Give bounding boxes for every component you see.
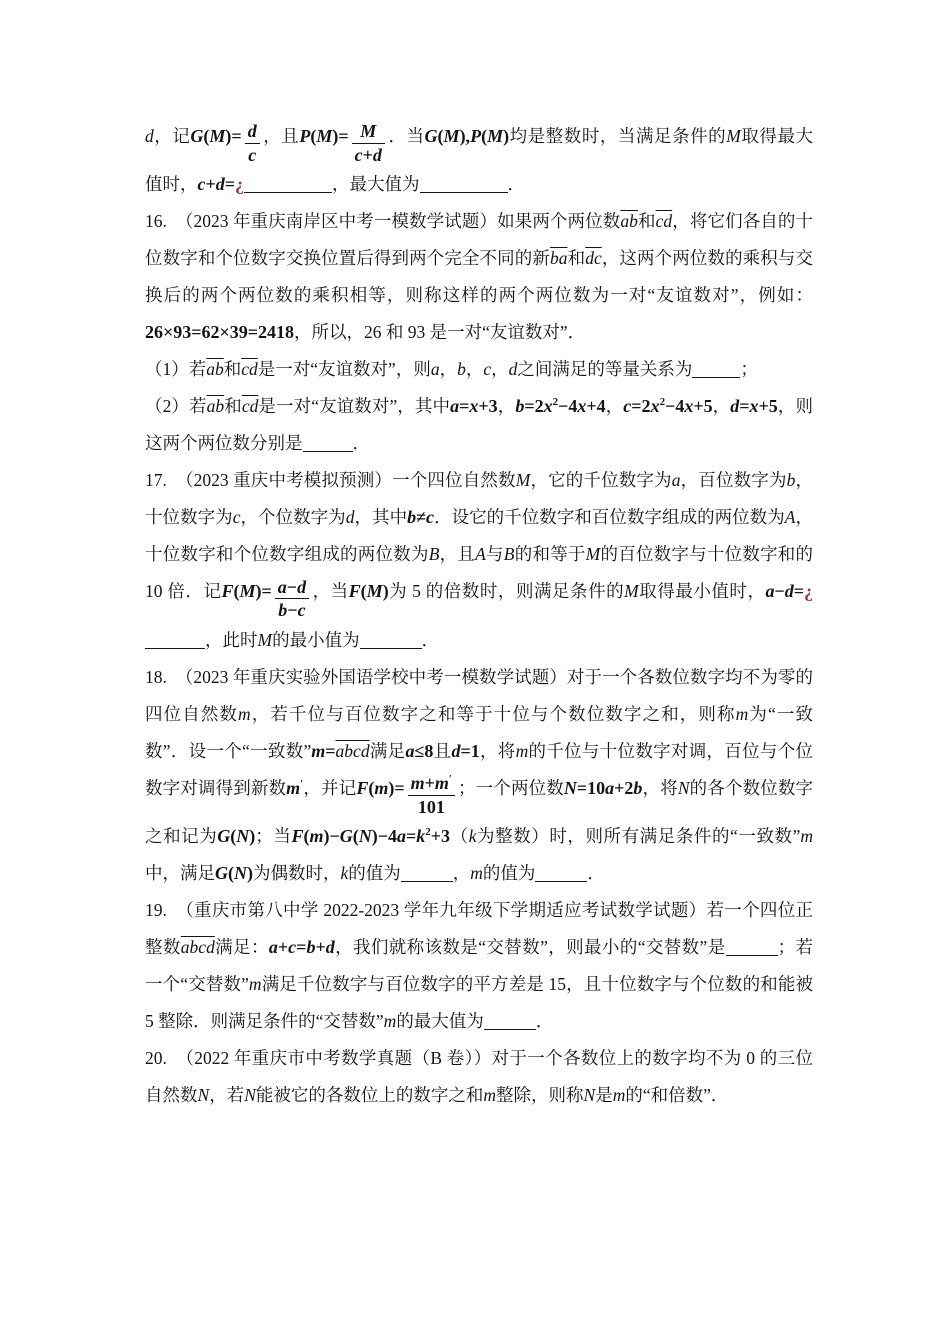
formula-variable: d bbox=[248, 121, 257, 141]
text-run: 的值为 bbox=[348, 863, 401, 883]
math-variable: N bbox=[584, 1085, 596, 1105]
text-run: ， bbox=[466, 359, 484, 379]
formula-run: )= bbox=[388, 778, 404, 798]
text-run: ，且 bbox=[263, 126, 300, 146]
text-run: 为偶数时， bbox=[253, 863, 341, 883]
blank-underline bbox=[535, 866, 587, 882]
formula-variable: c bbox=[198, 174, 206, 194]
formula-variable: m bbox=[374, 778, 388, 798]
formula-variable: d bbox=[216, 174, 225, 194]
text-run: 17. （2023 重庆中考模拟预测）一个四位自然数 bbox=[145, 470, 516, 490]
text-run: 是 bbox=[595, 1085, 613, 1105]
text-run: ， bbox=[440, 359, 458, 379]
text-run: ；一个两位数 bbox=[458, 778, 564, 798]
math-variable: m bbox=[483, 1085, 496, 1105]
text-run: ， bbox=[498, 396, 516, 416]
fraction-denominator: c+d bbox=[352, 144, 385, 167]
formula-variable: N bbox=[359, 826, 372, 846]
blank-underline bbox=[401, 866, 453, 882]
formula-variable: P bbox=[299, 126, 310, 146]
text-run: ，我们就称该数是“交替数”，则最小的“交替数”是 bbox=[335, 937, 726, 957]
paragraph: 17. （2023 重庆中考模拟预测）一个四位自然数M，它的千位数字为a，百位数… bbox=[145, 462, 813, 658]
formula-run: + bbox=[425, 773, 435, 793]
overline-variable: abcd bbox=[336, 741, 370, 761]
formula-variable: x bbox=[651, 396, 660, 416]
formula-variable: a bbox=[269, 937, 278, 957]
formula-variable: G bbox=[190, 126, 203, 146]
overline-variable: ab bbox=[207, 396, 225, 416]
text-run: 且 bbox=[433, 741, 451, 761]
formula-variable: M bbox=[316, 126, 332, 146]
formula-run: )= bbox=[256, 581, 272, 601]
math-variable: m bbox=[384, 1011, 397, 1031]
paragraph: （2）若ab和cd是一对“友谊数对”，其中a=x+3，b=2x2−4x+4，c=… bbox=[145, 388, 813, 462]
formula-variable: a bbox=[605, 778, 614, 798]
math-variable: a bbox=[431, 359, 440, 379]
formula-run: =10 bbox=[577, 778, 605, 798]
text-run: ．设它的千位数字和百位数字组成的两位数为 bbox=[434, 507, 785, 527]
formula-run: −4 bbox=[558, 396, 577, 416]
math-variable: m bbox=[238, 704, 251, 724]
formula-run: = bbox=[459, 396, 469, 416]
formula-variable: N bbox=[236, 826, 249, 846]
math-variable: N bbox=[198, 1085, 210, 1105]
formula-run: − bbox=[287, 577, 297, 597]
text-run: ． bbox=[536, 1011, 554, 1031]
blank-underline bbox=[420, 178, 508, 194]
blank-underline bbox=[726, 940, 778, 956]
math-variable: c bbox=[483, 359, 491, 379]
formula-variable: G bbox=[425, 126, 438, 146]
math-variable: B bbox=[429, 544, 440, 564]
formula-run: − bbox=[287, 600, 297, 620]
text-run: ． bbox=[422, 630, 440, 650]
text-run: 是一对“友谊数对”，则 bbox=[258, 359, 431, 379]
text-run: 为 5 的倍数时，则满足条件的 bbox=[389, 581, 624, 601]
formula-variable: x bbox=[544, 396, 553, 416]
formula-run: =2 bbox=[524, 396, 543, 416]
math-variable: M bbox=[624, 581, 639, 601]
formula-run: +3 bbox=[478, 396, 497, 416]
formula-variable: d bbox=[730, 396, 739, 416]
math-variable: M bbox=[258, 630, 273, 650]
math-variable: A bbox=[785, 507, 796, 527]
document-body: d，记G(M)=dc，且P(M)=Mc+d．当G(M),P(M)均是整数时，当满… bbox=[145, 118, 813, 1114]
formula-run: =1 bbox=[460, 741, 479, 761]
formula-run: = bbox=[325, 741, 335, 761]
fraction-numerator: M bbox=[352, 120, 385, 144]
blank-underline bbox=[303, 437, 353, 453]
formula-variable: N bbox=[564, 778, 577, 798]
fraction: m+m′101 bbox=[408, 772, 455, 818]
paragraph: 19. （重庆市第八中学 2022-2023 学年九年级下学期适应考试数学试题）… bbox=[145, 892, 813, 1040]
text-run: （1）若 bbox=[145, 359, 206, 379]
text-run: 与 bbox=[486, 544, 504, 564]
math-variable: m bbox=[470, 863, 483, 883]
fraction: a−db−c bbox=[275, 576, 309, 622]
formula-variable: P bbox=[470, 126, 481, 146]
formula-run: +3 bbox=[431, 826, 450, 846]
fraction-numerator: d bbox=[245, 120, 260, 144]
formula-variable: F bbox=[356, 778, 368, 798]
formula-run: = bbox=[296, 937, 306, 957]
formula-run: = bbox=[739, 396, 749, 416]
fraction: Mc+d bbox=[352, 120, 385, 166]
paragraph: d，记G(M)=dc，且P(M)=Mc+d．当G(M),P(M)均是整数时，当满… bbox=[145, 118, 813, 203]
formula-run: = bbox=[406, 826, 416, 846]
formula-variable: c bbox=[248, 145, 256, 165]
text-run: 能被它的各数位上的数字之和 bbox=[256, 1085, 484, 1105]
text-run: 整除，则称 bbox=[496, 1085, 584, 1105]
formula-run: =2 bbox=[631, 396, 650, 416]
text-run: 取得最小值时， bbox=[639, 581, 766, 601]
text-run: ，其中 bbox=[354, 507, 407, 527]
text-run: ，当 bbox=[312, 581, 349, 601]
formula-variable: m bbox=[435, 773, 449, 793]
text-run: 中，满足 bbox=[145, 863, 215, 883]
math-variable: m bbox=[800, 826, 813, 846]
fraction: dc bbox=[245, 120, 260, 166]
text-run: 的最大值为 bbox=[396, 1011, 484, 1031]
superscript: ′ bbox=[449, 773, 452, 785]
formula-variable: M bbox=[360, 121, 376, 141]
text-run: 的和等于 bbox=[515, 544, 586, 564]
formula-run: ≠ bbox=[416, 507, 426, 527]
math-variable: m bbox=[516, 741, 529, 761]
formula-variable: M bbox=[367, 581, 383, 601]
formula-variable: M bbox=[444, 126, 460, 146]
blank-underline bbox=[360, 633, 422, 649]
math-variable: A bbox=[475, 544, 486, 564]
overline-variable: abcd bbox=[181, 937, 215, 957]
text-run: ，将 bbox=[642, 778, 677, 798]
formula-run: − bbox=[774, 581, 784, 601]
text-run: ，最大值为 bbox=[332, 174, 420, 194]
text-run: 的值为 bbox=[483, 863, 536, 883]
document-page: d，记G(M)=dc，且P(M)=Mc+d．当G(M),P(M)均是整数时，当满… bbox=[0, 0, 950, 1344]
math-variable: m bbox=[249, 974, 262, 994]
text-run: ，若 bbox=[209, 1085, 244, 1105]
formula-run: ), bbox=[460, 126, 471, 146]
math-variable: M bbox=[516, 470, 531, 490]
text-run: ．当 bbox=[388, 126, 425, 146]
formula-variable: c bbox=[426, 507, 434, 527]
formula-variable: x bbox=[750, 396, 759, 416]
text-run: 是一对“友谊数对”，其中 bbox=[258, 396, 450, 416]
formula-variable: N bbox=[234, 863, 247, 883]
formula-run: +5 bbox=[759, 396, 778, 416]
text-run: ，且 bbox=[439, 544, 475, 564]
formula-run: = bbox=[225, 174, 235, 194]
text-run: ． bbox=[587, 863, 605, 883]
fraction-denominator: b−c bbox=[275, 599, 309, 622]
overline-variable: dc bbox=[585, 248, 602, 268]
paragraph: 20. （2022 年重庆市中考数学真题（B 卷））对于一个各数位上的数字均不为… bbox=[145, 1040, 813, 1114]
text-run: ． bbox=[508, 174, 526, 194]
text-run: 满足： bbox=[215, 937, 269, 957]
text-run: ，百位数字为 bbox=[680, 470, 786, 490]
fraction-numerator: a−d bbox=[275, 576, 309, 600]
text-run: ， bbox=[453, 863, 471, 883]
math-variable: B bbox=[504, 544, 515, 564]
math-variable: M bbox=[586, 544, 601, 564]
formula-variable: F bbox=[349, 581, 361, 601]
formula-run: 101 bbox=[418, 797, 445, 817]
formula-variable: G bbox=[340, 826, 353, 846]
text-run: ． bbox=[353, 433, 371, 453]
text-run: 之间满足的等量关系为 bbox=[517, 359, 692, 379]
formula-variable: b bbox=[278, 600, 287, 620]
text-run: 均是整数时，当满足条件的 bbox=[509, 126, 726, 146]
paragraph: （1）若ab和cd是一对“友谊数对”，则a，b，c，d之间满足的等量关系为； bbox=[145, 351, 813, 388]
paragraph: 16. （2023 年重庆南岸区中考一模数学试题）如果两个两位数ab和cd，将它… bbox=[145, 203, 813, 351]
text-run: 的最小值为 bbox=[272, 630, 360, 650]
math-variable: m bbox=[736, 704, 749, 724]
formula-variable: x bbox=[684, 396, 693, 416]
blank-underline bbox=[244, 178, 332, 194]
text-run: ，记 bbox=[154, 126, 191, 146]
formula-variable: a bbox=[450, 396, 459, 416]
text-run: ，所以，26 和 93 是一对“友谊数对”． bbox=[294, 322, 585, 342]
text-run: （2）若 bbox=[145, 396, 207, 416]
formula-variable: d bbox=[297, 577, 306, 597]
formula-run: )−4 bbox=[372, 826, 397, 846]
math-variable: N bbox=[678, 778, 690, 798]
inverted-question-mark: ¿ bbox=[235, 174, 244, 194]
formula-run: )− bbox=[323, 826, 339, 846]
formula-variable: m bbox=[311, 741, 325, 761]
text-run: （ bbox=[450, 826, 469, 846]
formula-variable: m bbox=[286, 778, 300, 798]
text-run: ； bbox=[740, 359, 758, 379]
overline-variable: cd bbox=[241, 359, 258, 379]
fraction-numerator: m+m′ bbox=[408, 772, 455, 796]
formula-variable: G bbox=[215, 863, 228, 883]
text-run: 和 bbox=[567, 248, 585, 268]
formula-variable: c bbox=[298, 600, 306, 620]
formula-variable: F bbox=[222, 581, 234, 601]
text-run: ，个位数字为 bbox=[240, 507, 345, 527]
formula-run: 26×93=62×39=2418 bbox=[145, 322, 294, 342]
formula-variable: a bbox=[278, 577, 287, 597]
overline-variable: cd bbox=[242, 396, 259, 416]
formula-run: = bbox=[794, 581, 804, 601]
text-run: ， bbox=[491, 359, 509, 379]
overline-variable: cd bbox=[656, 211, 673, 231]
text-run: 为整数）时，则所有满足条件的“一致数” bbox=[476, 826, 800, 846]
formula-run: −4 bbox=[665, 396, 684, 416]
inverted-question-mark: ¿ bbox=[804, 581, 813, 601]
formula-run: + bbox=[206, 174, 216, 194]
overline-variable: ba bbox=[550, 248, 568, 268]
formula-run: )= bbox=[332, 126, 348, 146]
formula-variable: F bbox=[291, 826, 303, 846]
formula-variable: x bbox=[577, 396, 586, 416]
formula-variable: d bbox=[373, 145, 382, 165]
text-run: 和 bbox=[224, 359, 242, 379]
text-run: ，将 bbox=[480, 741, 516, 761]
formula-run: ≤8 bbox=[414, 741, 433, 761]
formula-variable: k bbox=[416, 826, 425, 846]
formula-run: + bbox=[315, 937, 325, 957]
overline-variable: ab bbox=[620, 211, 638, 231]
formula-run: +2 bbox=[614, 778, 633, 798]
overline-variable: ab bbox=[206, 359, 224, 379]
text-run: ；当 bbox=[255, 826, 291, 846]
paragraph: 18. （2023 年重庆实验外国语学校中考一模数学试题）对于一个各数位数字均不… bbox=[145, 659, 813, 892]
text-run: ， bbox=[606, 396, 624, 416]
formula-variable: G bbox=[217, 826, 230, 846]
formula-variable: M bbox=[240, 581, 256, 601]
text-run: ，若千位与百位数字之和等于十位与个数位数字之和，则称 bbox=[251, 704, 736, 724]
text-run: 的“和倍数”． bbox=[625, 1085, 728, 1105]
text-run: 16. （2023 年重庆南岸区中考一模数学试题）如果两个两位数 bbox=[145, 211, 620, 231]
formula-variable: m bbox=[411, 773, 425, 793]
formula-variable: d bbox=[326, 937, 335, 957]
blank-underline bbox=[692, 363, 740, 379]
formula-run: +5 bbox=[693, 396, 712, 416]
fraction-denominator: 101 bbox=[408, 796, 455, 819]
text-run: 和 bbox=[224, 396, 242, 416]
formula-run: + bbox=[278, 937, 288, 957]
formula-variable: M bbox=[487, 126, 503, 146]
formula-run: + bbox=[363, 145, 373, 165]
formula-variable: d bbox=[785, 581, 794, 601]
blank-underline bbox=[484, 1014, 536, 1030]
text-run: ，此时 bbox=[205, 630, 258, 650]
formula-run: )= bbox=[225, 126, 241, 146]
formula-variable: M bbox=[209, 126, 225, 146]
math-variable: N bbox=[244, 1085, 256, 1105]
formula-variable: c bbox=[288, 937, 296, 957]
formula-variable: b bbox=[407, 507, 416, 527]
formula-run: +4 bbox=[586, 396, 605, 416]
math-variable: m bbox=[613, 1085, 626, 1105]
formula-variable: m bbox=[309, 826, 323, 846]
text-run: ，它的千位数字为 bbox=[530, 470, 671, 490]
math-variable: d bbox=[145, 126, 154, 146]
formula-variable: c bbox=[355, 145, 363, 165]
text-run: ，并记 bbox=[303, 778, 356, 798]
math-variable: M bbox=[726, 126, 741, 146]
formula-variable: a bbox=[397, 826, 406, 846]
text-run: 满足 bbox=[370, 741, 406, 761]
math-variable: b bbox=[457, 359, 466, 379]
formula-variable: b bbox=[515, 396, 524, 416]
blank-underline bbox=[145, 633, 205, 649]
formula-variable: x bbox=[469, 396, 478, 416]
text-run: 和 bbox=[638, 211, 656, 231]
fraction-denominator: c bbox=[245, 144, 260, 167]
text-run: ， bbox=[713, 396, 731, 416]
